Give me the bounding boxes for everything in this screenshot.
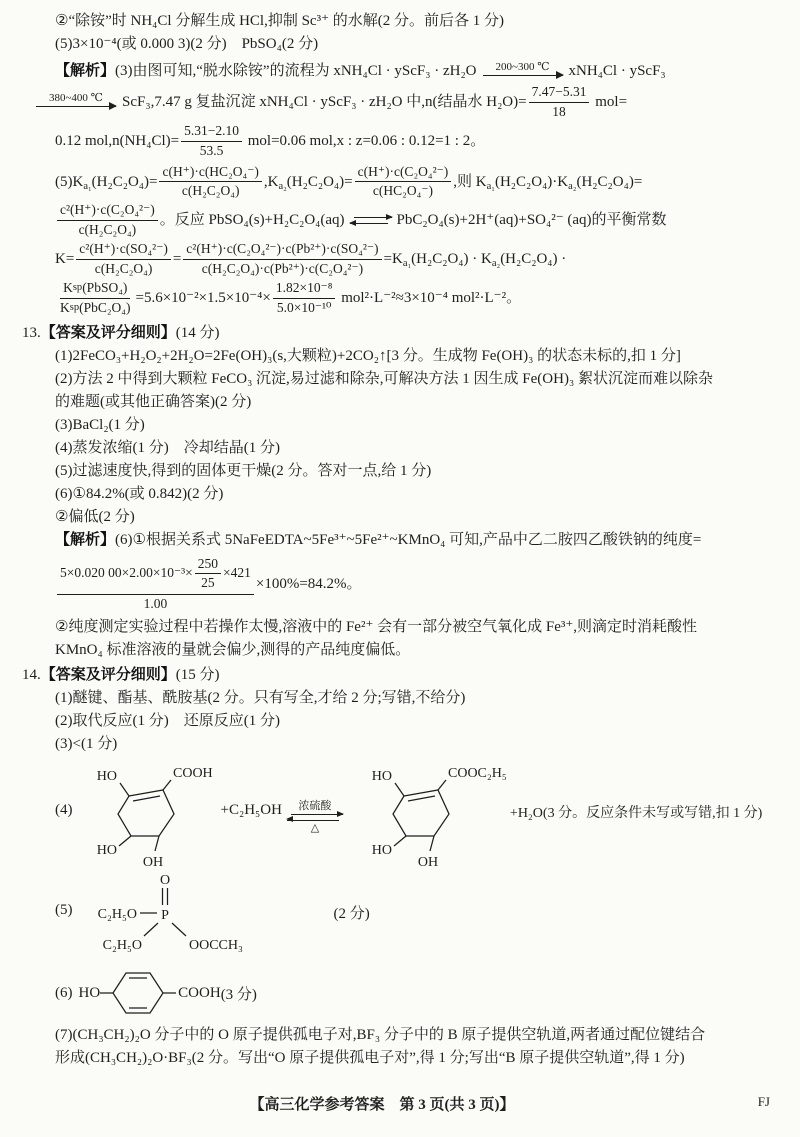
q12-answer-line-ammonium: ②“除铵”时 NH₄Cl 分解生成 HCl,抑制 Sc³⁺ 的水解(2 分。前后… [22,10,774,33]
reversible-arrow: 浓硫酸 △ [287,800,343,834]
q13-analysis-line-2-cont: KMnO₄ 标准溶液的量就会偏少,测得的产品纯度偏低。 [22,639,774,662]
q12-analysis-line-2: 380~400 ℃ScF₃,7.47 g 复盐沉淀 xNH₄Cl · yScF₃… [22,83,774,122]
page-content: ②“除铵”时 NH₄Cl 分解生成 HCl,抑制 Sc³⁺ 的水解(2 分。前后… [0,0,800,1070]
q14-answer-4-water-and-score: +H₂O(3 分。反应条件未写或写错,扣 1 分) [510,802,762,822]
q13-answer-6-1: (6)①84.2%(或 0.842)(2 分) [22,483,774,506]
phenol-label: HO [79,985,101,1002]
q13-analysis-line-2: ②纯度测定实验过程中若操作太慢,溶液中的 Fe²⁺ 会有一部分被空气氧化成 Fe… [22,616,774,639]
q13-answer-1: (1)2FeCO₃+H₂O₂+2H₂O=2Fe(OH)₃(s,大颗粒)+2CO₂… [22,345,774,368]
hydroxyl-label-bottom-left: HO [96,843,116,858]
hydroxyl-label-top: HO [372,769,392,784]
q12-ka-expression-line: (5)Ka₁(H₂C₂O₄)=c(H⁺)·c(HC₂O₄⁻)c(H₂C₂O₄),… [22,163,774,202]
ethoxy-label-1: C₂H₅O [97,907,136,922]
hydroxyl-label-bottom-left: HO [372,843,392,858]
carboxyl-label: COOH [178,985,221,1002]
q14-header: 14.【答案及评分细则】(15 分) [22,664,774,687]
shikimic-acid-structure: HO COOH HO OH [73,756,221,868]
q14-answer-3: (3)<(1 分) [22,733,774,756]
q13-answer-5: (5)过滤速度快,得到的固体更干燥(2 分。答对一点,给 1 分) [22,460,774,483]
q14-answer-4-ethanol: +C₂H₅OH [221,802,282,819]
q13-analysis-line-1: 【解析】(6)①根据关系式 5NaFeEDTA~5Fe³⁺~5Fe²⁺~KMnO… [22,529,774,552]
q14-answer-5-number: (5) [55,902,73,919]
q13-answer-3: (3)BaCl₂(1 分) [22,414,774,437]
oxygen-label: O [159,873,169,888]
carboxyl-label: COOH [173,766,213,781]
hydroxyl-label-bottom: OH [418,855,438,868]
q14-answer-4-structure-row: (4) HO COOH HO OH +C₂H₅OH 浓硫酸 △ [22,756,774,868]
q13-answer-2-cont: 的难题(或其他正确答案)(2 分) [22,391,774,414]
ethoxy-label-2: C₂H₅O [102,938,141,953]
q14-answer-6-score: (3 分) [221,983,257,1004]
q12-analysis-line-1: 【解析】(3)由图可知,“脱水除铵”的流程为 xNH₄Cl · yScF₃ · … [22,60,774,83]
q13-answer-2: (2)方法 2 中得到大颗粒 FeCO₃ 沉淀,易过滤和除杂,可解决方法 1 因… [22,368,774,391]
q14-answer-4-number: (4) [55,802,73,819]
q14-answer-6-structure-row: (6) HO COOH (3 分) [22,964,774,1022]
q14-answer-7: (7)(CH₃CH₂)₂O 分子中的 O 原子提供孤电子对,BF₃ 分子中的 B… [22,1024,774,1047]
q14-answer-1: (1)醚键、酯基、酰胺基(2 分。只有写全,才给 2 分;写错,不给分) [22,687,774,710]
q12-equilibrium-line: c²(H⁺)·c(C₂O₄²⁻)c(H₂C₂O₄)。反应 PbSO₄(s)+H₂… [22,201,774,240]
q13-answer-4: (4)蒸发浓缩(1 分) 冷却结晶(1 分) [22,437,774,460]
hydroxyl-label-top: HO [96,769,116,784]
q12-analysis-line-3: 0.12 mol,n(NH₄Cl)=5.31−2.1053.5 mol=0.06… [22,122,774,161]
page-footer: 【高三化学参考答案 第 3 页(共 3 页)】 [0,1093,782,1114]
q14-answer-5-score: (2 分) [334,902,370,923]
acetoxy-label: OOCCH₃ [189,938,243,953]
benzene-ring-structure [100,964,178,1022]
arrow-label-top: 浓硫酸 [298,800,331,813]
arrow-label-bottom: △ [311,822,319,835]
q12-answer-line-5: (5)3×10⁻⁴(或 0.000 3)(2 分) PbSO₄(2 分) [22,33,774,56]
page-footer-code: FJ [758,1094,770,1110]
q12-k-expression-line: K=c²(H⁺)·c(SO₄²⁻)c(H₂C₂O₄)=c²(H⁺)·c(C₂O₄… [22,240,774,279]
q14-answer-2: (2)取代反应(1 分) 还原反应(1 分) [22,710,774,733]
q14-answer-5-structure-row: (5) C₂H₅O P O C₂H₅O OOCCH₃ (2 分) [22,868,774,960]
exam-answer-page: ②“除铵”时 NH₄Cl 分解生成 HCl,抑制 Sc³⁺ 的水解(2 分。前后… [0,0,800,1137]
phosphate-ester-structure: C₂H₅O P O C₂H₅O OOCCH₃ [73,868,308,960]
phosphorus-label: P [161,908,169,923]
q13-header: 13.【答案及评分细则】(14 分) [22,322,774,345]
q13-purity-calculation: 5×0.020 00×2.00×10⁻³×25025×4211.00×100%=… [22,554,774,615]
q12-ksp-result-line: Ksp(PbSO₄)Ksp(PbC₂O₄)=5.6×10⁻²×1.5×10⁻⁴×… [22,279,774,318]
hydroxyl-label-bottom: OH [142,855,162,868]
q14-answer-6-number: (6) [55,985,73,1002]
q13-answer-6-2: ②偏低(2 分) [22,506,774,529]
ester-group-label: COOC₂H₅ [448,766,507,781]
q14-answer-7-cont: 形成(CH₃CH₂)₂O·BF₃(2 分。写出“O 原子提供孤电子对”,得 1 … [22,1047,774,1070]
ester-product-structure: HO COOC₂H₅ HO OH [348,756,510,868]
